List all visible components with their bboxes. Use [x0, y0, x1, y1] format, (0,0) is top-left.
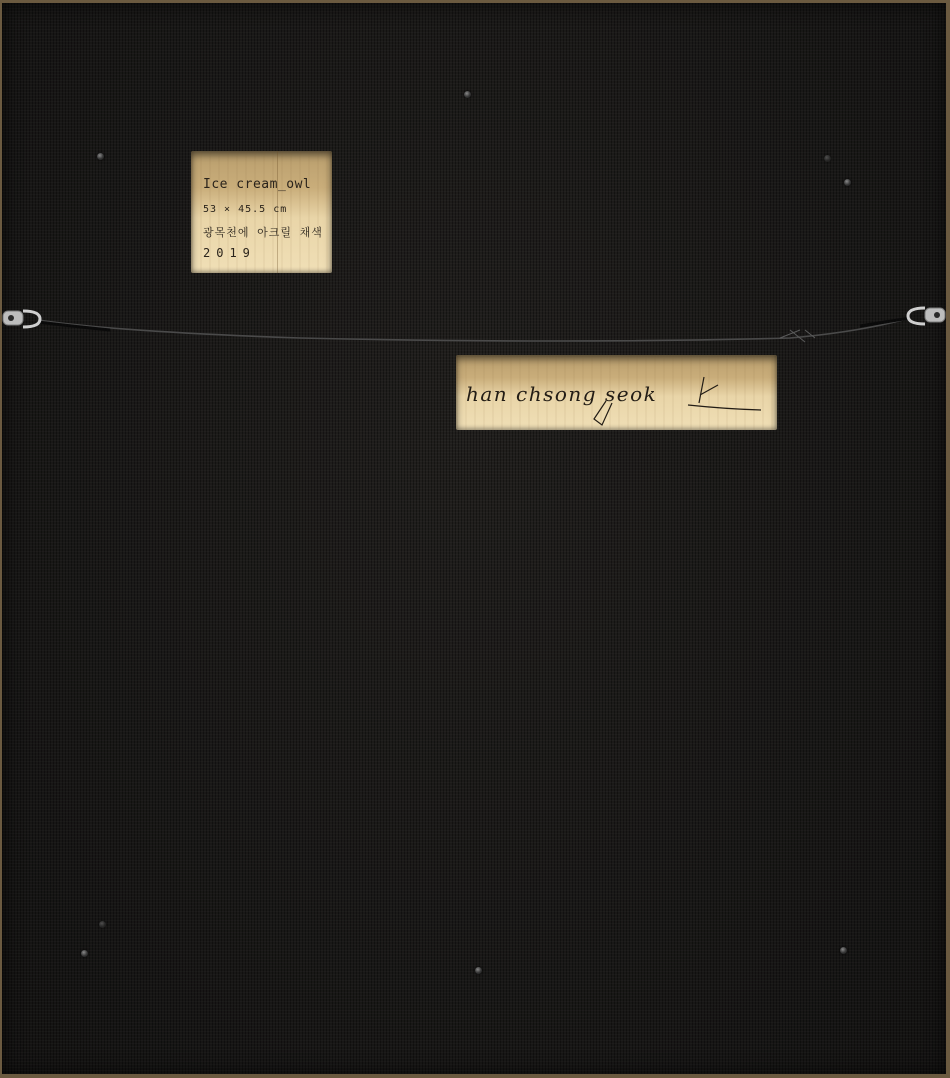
d-ring-hanger-icon — [2, 308, 42, 330]
tack-icon — [824, 155, 831, 162]
tack-icon — [844, 179, 851, 186]
tack-icon — [840, 947, 847, 954]
artwork-year: 2019 — [203, 246, 256, 260]
canvas-backing — [2, 3, 946, 1074]
frame-edge: Ice cream_owl 53 × 45.5 cm 광목천에 아크릴 채색 2… — [0, 0, 950, 1078]
tack-icon — [464, 91, 471, 98]
d-ring-hanger-icon — [906, 305, 946, 327]
edge-shadow — [2, 3, 946, 1074]
tack-icon — [475, 967, 482, 974]
signature-window: han chsong seok — [456, 355, 777, 430]
tack-icon — [97, 153, 104, 160]
artwork-title: Ice cream_owl — [203, 177, 311, 192]
artwork-medium: 광목천에 아크릴 채색 — [203, 224, 323, 240]
label-window: Ice cream_owl 53 × 45.5 cm 광목천에 아크릴 채색 2… — [191, 151, 332, 273]
tack-icon — [81, 950, 88, 957]
tack-icon — [99, 921, 106, 928]
artwork-dimensions: 53 × 45.5 cm — [203, 204, 287, 215]
signature-flourish-icon — [456, 355, 777, 430]
